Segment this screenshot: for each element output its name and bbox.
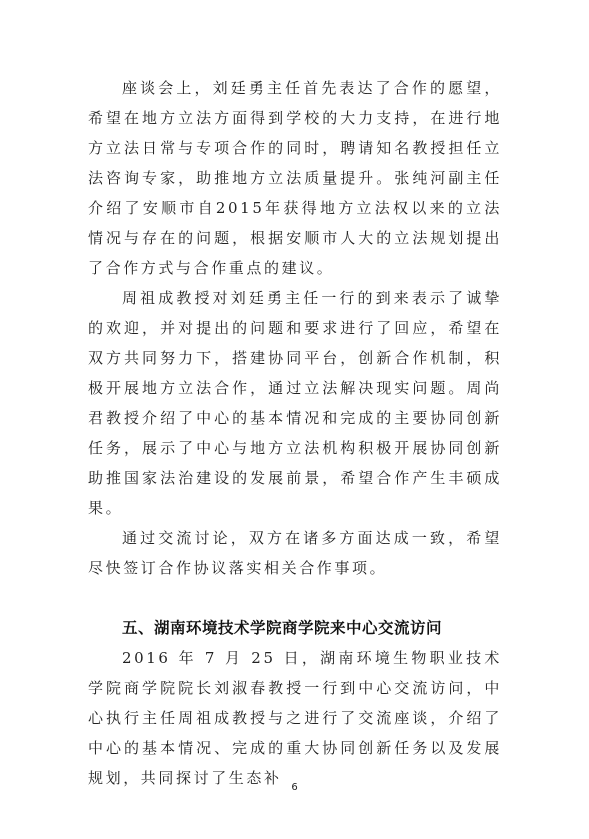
- paragraph-visit: 2016 年 7 月 25 日，湖南环境生物职业技术学院商学院院长刘淑春教授一行…: [88, 643, 502, 793]
- paragraph-symposium-remarks: 座谈会上，刘廷勇主任首先表达了合作的愿望，希望在地方立法方面得到学校的大力支持，…: [88, 73, 502, 283]
- page-number: 6: [0, 782, 589, 793]
- paragraph-consensus: 通过交流讨论，双方在诸多方面达成一致，希望尽快签订合作协议落实相关合作事项。: [88, 523, 502, 583]
- document-page: 座谈会上，刘廷勇主任首先表达了合作的愿望，希望在地方立法方面得到学校的大力支持，…: [0, 0, 589, 839]
- paragraph-professor-response: 周祖成教授对刘廷勇主任一行的到来表示了诚挚的欢迎，并对提出的问题和要求进行了回应…: [88, 283, 502, 523]
- section-heading: 五、湖南环境技术学院商学院来中心交流访问: [88, 613, 502, 643]
- page-content: 座谈会上，刘廷勇主任首先表达了合作的愿望，希望在地方立法方面得到学校的大力支持，…: [88, 73, 502, 793]
